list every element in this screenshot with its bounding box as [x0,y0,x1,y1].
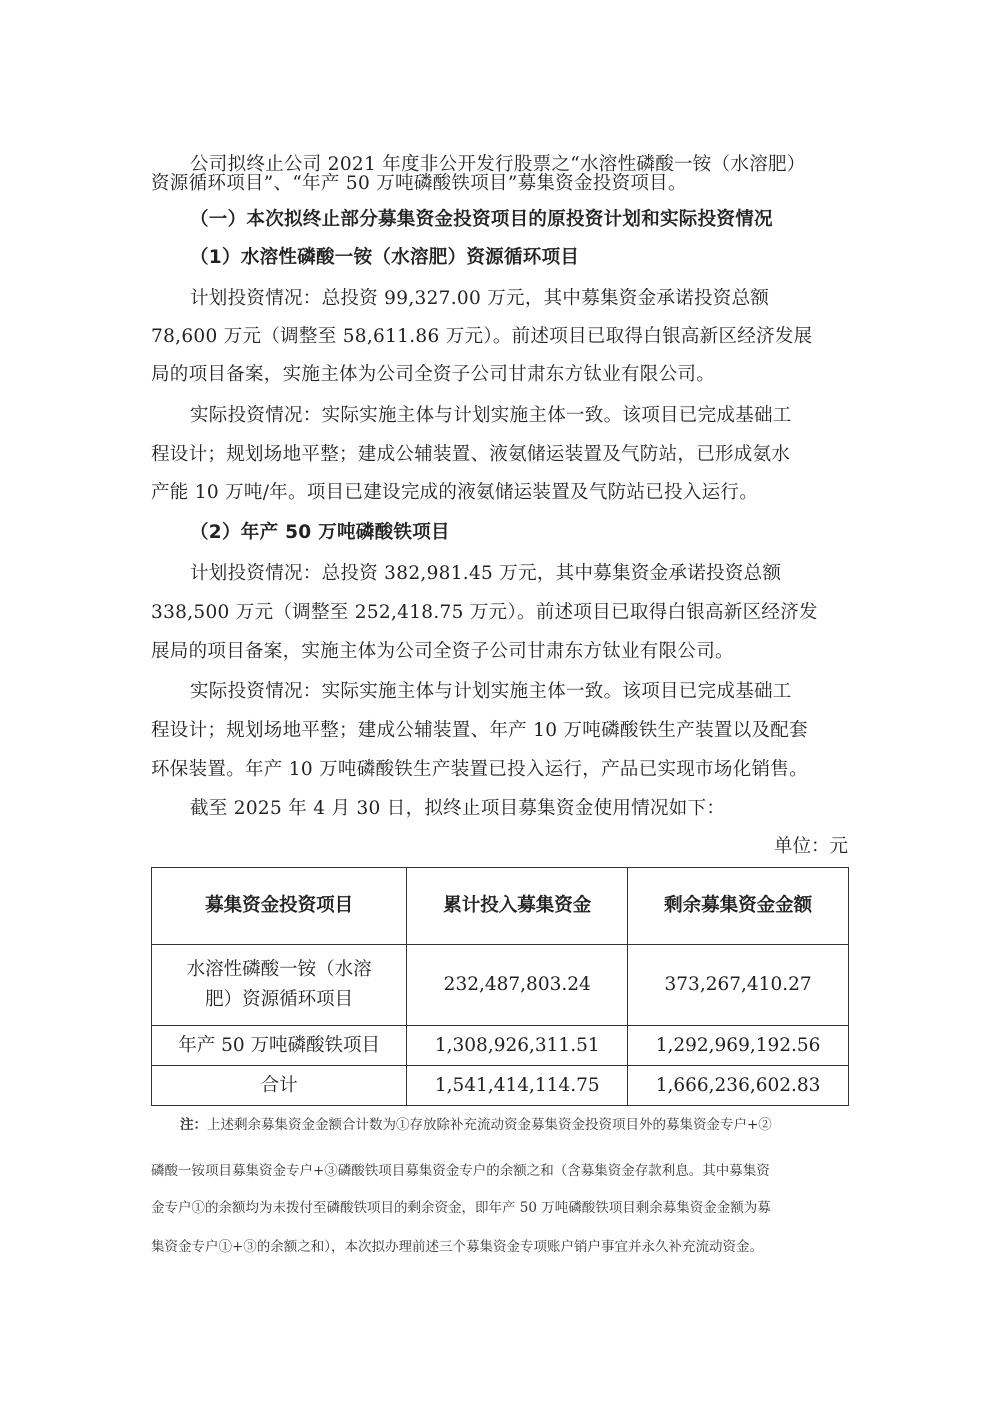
project1-plan-line-2: 78,600 万元（调整至 58,611.86 万元）。前述项目已取得白银高新区… [151,328,812,347]
project1-heading: （1）水溶性磷酸一铵（水溶肥）资源循环项目 [190,249,579,268]
as-of-text: 截至 2025 年 4 月 30 日，拟终止项目募集资金使用情况如下： [190,800,725,819]
project2-heading: （2）年产 50 万吨磷酸铁项目 [190,524,450,543]
table-unit-label: 单位：元 [774,838,848,857]
table-row: 水溶性磷酸一铵（水溶 肥）资源循环项目 232,487,803.24 373,2… [152,945,849,1026]
intro-line-2: 资源循环项目”、“年产 50 万吨磷酸铁项目”募集资金投资项目。 [151,175,687,194]
fund-usage-table: 募集资金投资项目 累计投入募集资金 剩余募集资金金额 水溶性磷酸一铵（水溶 肥）… [151,867,849,1106]
project2-actual-line-1: 实际投资情况：实际实施主体与计划实施主体一致。该项目已完成基础工 [190,683,792,702]
project1-plan-line-1: 计划投资情况：总投资 99,327.00 万元，其中募集资金承诺投资总额 [190,290,769,309]
cell-remaining: 1,666,236,602.83 [628,1066,849,1106]
cell-project: 年产 50 万吨磷酸铁项目 [152,1026,407,1066]
header-invested: 累计投入募集资金 [407,868,628,945]
project2-plan-line-2: 338,500 万元（调整至 252,418.75 万元）。前述项目已取得白银高… [151,604,818,623]
note-label: 注： [180,1117,207,1133]
project1-actual-line-1: 实际投资情况：实际实施主体与计划实施主体一致。该项目已完成基础工 [190,407,792,426]
table-total-row: 合计 1,541,414,114.75 1,666,236,602.83 [152,1066,849,1106]
project1-actual-line-2: 程设计；规划场地平整；建成公辅装置、液氨储运装置及气防站，已形成氨水 [151,446,790,465]
table-row: 年产 50 万吨磷酸铁项目 1,308,926,311.51 1,292,969… [152,1026,849,1066]
header-project: 募集资金投资项目 [152,868,407,945]
project1-plan-line-3: 局的项目备案，实施主体为公司全资子公司甘肃东方钛业有限公司。 [151,366,715,385]
section-heading: （一）本次拟终止部分募集资金投资项目的原投资计划和实际投资情况 [190,211,773,230]
header-remaining: 剩余募集资金金额 [628,868,849,945]
cell-invested: 232,487,803.24 [407,945,628,1026]
note-line-1: 注：上述剩余募集资金金额合计数为①存放除补充流动资金募集资金投资项目外的募集资金… [180,1119,772,1133]
project2-plan-line-3: 展局的项目备案，实施主体为公司全资子公司甘肃东方钛业有限公司。 [151,643,734,662]
note-line-3: 金专户①的余额均为未拨付至磷酸铁项目的剩余资金，即年产 50 万吨磷酸铁项目剩余… [151,1202,771,1216]
cell-project: 合计 [152,1066,407,1106]
intro-line-1: 公司拟终止公司 2021 年度非公开发行股票之“水溶性磷酸一铵（水溶肥） [190,156,806,175]
cell-remaining: 1,292,969,192.56 [628,1026,849,1066]
cell-remaining: 373,267,410.27 [628,945,849,1026]
cell-invested: 1,541,414,114.75 [407,1066,628,1106]
project1-actual-line-3: 产能 10 万吨/年。项目已建设完成的液氨储运装置及气防站已投入运行。 [151,484,758,503]
cell-project: 水溶性磷酸一铵（水溶 肥）资源循环项目 [152,945,407,1026]
project2-actual-line-2: 程设计；规划场地平整；建成公辅装置、年产 10 万吨磷酸铁生产装置以及配套 [151,722,808,741]
project2-plan-line-1: 计划投资情况：总投资 382,981.45 万元，其中募集资金承诺投资总额 [190,565,781,584]
cell-invested: 1,308,926,311.51 [407,1026,628,1066]
project2-actual-line-3: 环保装置。年产 10 万吨磷酸铁生产装置已投入运行，产品已实现市场化销售。 [151,761,808,780]
table-header-row: 募集资金投资项目 累计投入募集资金 剩余募集资金金额 [152,868,849,945]
note-line-4: 集资金专户①+③的余额之和），本次拟办理前述三个募集资金专项账户销户事宜并永久补… [151,1241,763,1255]
note-line-2: 磷酸一铵项目募集资金专户+③磷酸铁项目募集资金专户的余额之和（含募集资金存款利息… [151,1165,770,1179]
